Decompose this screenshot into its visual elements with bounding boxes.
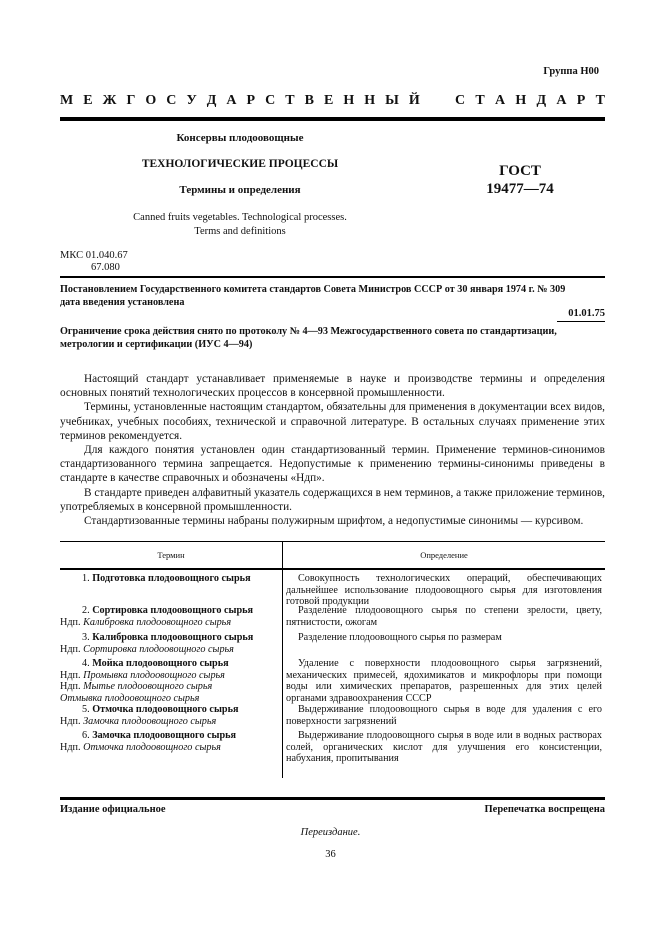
terms-table: Термин Определение 1. Подготовка плодоов… bbox=[60, 541, 605, 793]
synonym-term: Отмывка плодоовощного сырья bbox=[60, 693, 199, 704]
limitation-text: Ограничение срока действия снято по прот… bbox=[60, 325, 605, 351]
term-number: 5. bbox=[82, 704, 92, 715]
banner-letter: Т bbox=[475, 93, 484, 109]
reissue-note: Переиздание. bbox=[0, 827, 661, 838]
header-rule bbox=[60, 117, 605, 121]
english-title-line2: Terms and definitions bbox=[120, 225, 360, 239]
synonym-line: Ндп. Отмочка плодоовощного сырья bbox=[60, 742, 282, 754]
gost-number: 19477—74 bbox=[470, 180, 570, 198]
banner-letter: Д bbox=[207, 93, 217, 109]
synonym-prefix: Ндп. bbox=[60, 742, 83, 753]
definition-cell: Выдерживание плодоовощного сырья в воде … bbox=[286, 704, 602, 727]
term-cell: 2. Сортировка плодоовощного сырьяНдп. Ка… bbox=[82, 605, 282, 628]
banner-letter: Ж bbox=[103, 93, 117, 109]
term-number: 3. bbox=[82, 632, 92, 643]
banner-letter: Е bbox=[324, 93, 333, 109]
decree-line1: Постановлением Государственного комитета… bbox=[60, 283, 605, 296]
term-number: 2. bbox=[82, 605, 92, 616]
mks-line1: МКС 01.040.67 bbox=[60, 250, 128, 262]
term-line: 1. Подготовка плодоовощного сырья bbox=[82, 573, 282, 585]
intro-paragraph: Термины, установленные настоящим стандар… bbox=[60, 400, 605, 443]
banner-letter: У bbox=[186, 93, 196, 109]
term-name: Сортировка плодоовощного сырья bbox=[92, 605, 253, 616]
gost-designation: ГОСТ 19477—74 bbox=[470, 162, 570, 198]
column-header-term: Термин bbox=[60, 550, 282, 560]
synonym-prefix: Ндп. bbox=[60, 617, 83, 628]
synonym-line: Ндп. Калибровка плодоовощного сырья bbox=[60, 617, 282, 629]
title-product: Консервы плодоовощные bbox=[120, 132, 360, 144]
synonym-line: Ндп. Мытье плодоовощного сырья bbox=[60, 681, 282, 693]
effective-date: 01.01.75 bbox=[568, 308, 605, 319]
definition-text: Выдерживание плодоовощного сырья в воде … bbox=[286, 730, 602, 765]
title-main: ТЕХНОЛОГИЧЕСКИЕ ПРОЦЕССЫ bbox=[120, 158, 360, 170]
mks-rule bbox=[60, 276, 605, 278]
standard-banner: МЕЖГОСУДАРСТВЕННЫЙ СТАНДАРТ bbox=[60, 93, 605, 109]
table-top-rule bbox=[60, 541, 605, 542]
definition-text: Разделение плодоовощного сырья по степен… bbox=[286, 605, 602, 628]
banner-letter: С bbox=[455, 93, 465, 109]
banner-word-interstate: МЕЖГОСУДАРСТВЕННЫЙ bbox=[60, 93, 420, 109]
synonym-line: Ндп. Замочка плодоовощного сырья bbox=[60, 716, 282, 728]
page-number: 36 bbox=[0, 849, 661, 860]
term-number: 4. bbox=[82, 658, 92, 669]
term-cell: 1. Подготовка плодоовощного сырья bbox=[82, 573, 282, 585]
limitation-line2: метрологии и сертификации (ИУС 4—94) bbox=[60, 338, 605, 351]
term-cell: 5. Отмочка плодоовощного сырьяНдп. Замоч… bbox=[82, 704, 282, 727]
group-code: Группа Н00 bbox=[543, 66, 599, 77]
reprint-notice: Перепечатка воспрещена bbox=[485, 804, 605, 815]
intro-paragraph: В стандарте приведен алфавитный указател… bbox=[60, 486, 605, 514]
definition-text: Выдерживание плодоовощного сырья в воде … bbox=[286, 704, 602, 727]
banner-letter: Т bbox=[285, 93, 294, 109]
title-subtitle: Термины и определения bbox=[120, 184, 360, 196]
term-line: 5. Отмочка плодоовощного сырья bbox=[82, 704, 282, 716]
banner-letter: Н bbox=[364, 93, 375, 109]
banner-letter: Р bbox=[577, 93, 586, 109]
banner-letter: Н bbox=[343, 93, 354, 109]
introduction: Настоящий стандарт устанавливает применя… bbox=[60, 372, 605, 528]
column-header-definition: Определение bbox=[283, 550, 605, 560]
term-line: 2. Сортировка плодоовощного сырья bbox=[82, 605, 282, 617]
term-number: 1. bbox=[82, 573, 92, 584]
definition-cell: Разделение плодоовощного сырья по степен… bbox=[286, 605, 602, 628]
term-name: Подготовка плодоовощного сырья bbox=[92, 573, 250, 584]
term-cell: 6. Замочка плодоовощного сырьяНдп. Отмоч… bbox=[82, 730, 282, 753]
definition-cell: Удаление с поверхности плодоовощного сыр… bbox=[286, 658, 602, 704]
synonym-line: Отмывка плодоовощного сырья bbox=[60, 693, 282, 705]
term-line: 3. Калибровка плодоовощного сырья bbox=[82, 632, 282, 644]
term-line: 4. Мойка плодоовощного сырья bbox=[82, 658, 282, 670]
synonym-term: Мытье плодоовощного сырья bbox=[83, 681, 212, 692]
gost-label: ГОСТ bbox=[470, 162, 570, 180]
date-underline bbox=[557, 321, 605, 322]
table-header-rule bbox=[60, 568, 605, 570]
banner-letter: Д bbox=[536, 93, 546, 109]
banner-letter: М bbox=[60, 93, 73, 109]
intro-paragraph: Стандартизованные термины набраны полужи… bbox=[60, 514, 605, 528]
term-cell: 4. Мойка плодоовощного сырьяНдп. Промывк… bbox=[82, 658, 282, 704]
decree-line2: дата введения установлена bbox=[60, 296, 605, 309]
definition-cell: Разделение плодоовощного сырья по размер… bbox=[286, 632, 602, 644]
column-divider bbox=[282, 541, 283, 778]
banner-letter: Н bbox=[515, 93, 526, 109]
intro-paragraph: Для каждого понятия установлен один стан… bbox=[60, 443, 605, 486]
synonym-prefix: Ндп. bbox=[60, 670, 83, 681]
term-name: Замочка плодоовощного сырья bbox=[92, 730, 236, 741]
term-number: 6. bbox=[82, 730, 92, 741]
definition-cell: Выдерживание плодоовощного сырья в воде … bbox=[286, 730, 602, 765]
official-edition: Издание официальное bbox=[60, 804, 166, 815]
mks-line2: 67.080 bbox=[60, 262, 128, 274]
banner-letter: Ы bbox=[385, 93, 399, 109]
synonym-line: Ндп. Промывка плодоовощного сырья bbox=[60, 670, 282, 682]
banner-letter: Р bbox=[247, 93, 256, 109]
term-name: Калибровка плодоовощного сырья bbox=[92, 632, 253, 643]
banner-letter: А bbox=[495, 93, 505, 109]
definition-text: Совокупность технологических операций, о… bbox=[286, 573, 602, 608]
banner-letter: С bbox=[166, 93, 176, 109]
synonym-term: Замочка плодоовощного сырья bbox=[83, 716, 216, 727]
synonym-term: Сортировка плодоовощного сырья bbox=[83, 644, 234, 655]
english-title: Canned fruits vegetables. Technological … bbox=[120, 211, 360, 239]
banner-letter: А bbox=[556, 93, 566, 109]
banner-letter: В bbox=[305, 93, 314, 109]
banner-letter: С bbox=[265, 93, 275, 109]
term-name: Отмочка плодоовощного сырья bbox=[92, 704, 238, 715]
synonym-prefix: Ндп. bbox=[60, 716, 83, 727]
synonym-prefix: Ндп. bbox=[60, 681, 83, 692]
definition-cell: Совокупность технологических операций, о… bbox=[286, 573, 602, 608]
banner-letter: Г bbox=[126, 93, 135, 109]
definition-text: Удаление с поверхности плодоовощного сыр… bbox=[286, 658, 602, 704]
synonym-line: Ндп. Сортировка плодоовощного сырья bbox=[60, 644, 282, 656]
synonym-term: Калибровка плодоовощного сырья bbox=[83, 617, 231, 628]
synonym-term: Отмочка плодоовощного сырья bbox=[83, 742, 221, 753]
definition-text: Разделение плодоовощного сырья по размер… bbox=[286, 632, 602, 644]
decree-text: Постановлением Государственного комитета… bbox=[60, 283, 605, 309]
banner-letter: А bbox=[226, 93, 236, 109]
term-line: 6. Замочка плодоовощного сырья bbox=[82, 730, 282, 742]
banner-letter: О bbox=[145, 93, 156, 109]
english-title-line1: Canned fruits vegetables. Technological … bbox=[120, 211, 360, 225]
term-cell: 3. Калибровка плодоовощного сырьяНдп. Со… bbox=[82, 632, 282, 655]
banner-letter: Й bbox=[409, 93, 420, 109]
mks-codes: МКС 01.040.67 67.080 bbox=[60, 250, 128, 274]
banner-letter: Т bbox=[596, 93, 605, 109]
term-name: Мойка плодоовощного сырья bbox=[92, 658, 228, 669]
footer-rule bbox=[60, 797, 605, 800]
banner-letter: Е bbox=[83, 93, 92, 109]
limitation-line1: Ограничение срока действия снято по прот… bbox=[60, 325, 605, 338]
synonym-prefix: Ндп. bbox=[60, 644, 83, 655]
banner-word-standard: СТАНДАРТ bbox=[455, 93, 605, 109]
intro-paragraph: Настоящий стандарт устанавливает применя… bbox=[60, 372, 605, 400]
synonym-term: Промывка плодоовощного сырья bbox=[83, 670, 225, 681]
